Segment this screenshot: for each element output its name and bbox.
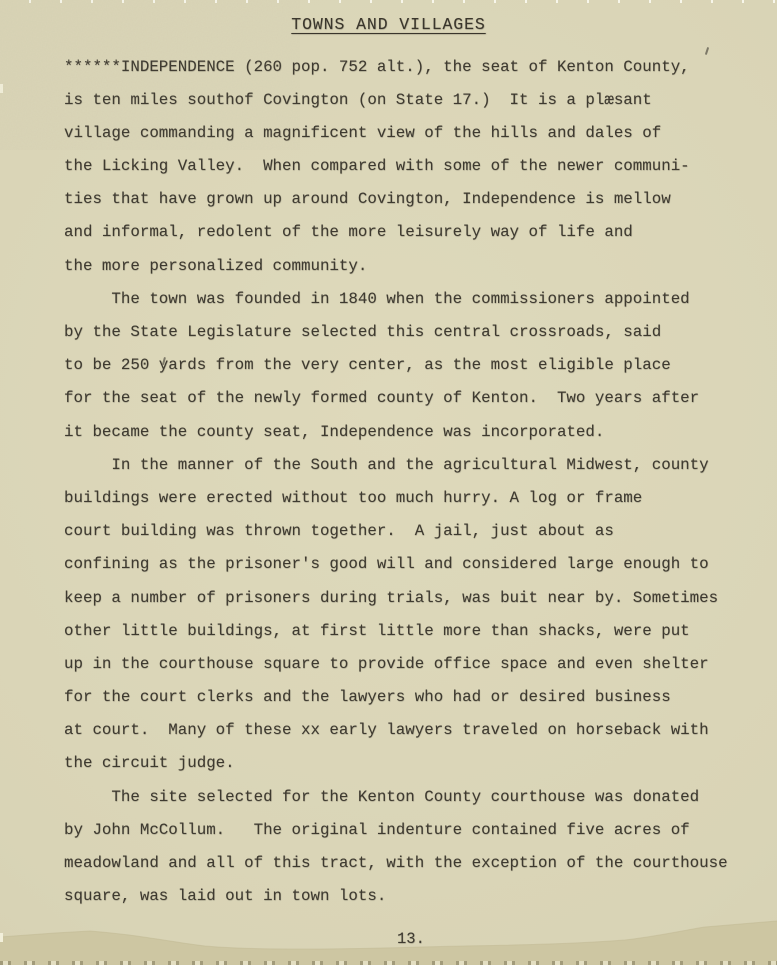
text-line: The town was founded in 1840 when the co… <box>64 283 728 316</box>
text-line: village commanding a magnificent view of… <box>64 117 728 150</box>
page-title-text: TOWNS AND VILLAGES <box>291 15 485 34</box>
document-body: ******INDEPENDENCE (260 pop. 752 alt.), … <box>64 51 728 914</box>
paragraph: ******INDEPENDENCE (260 pop. 752 alt.), … <box>64 51 728 283</box>
text-line: for the court clerks and the lawyers who… <box>64 681 728 714</box>
text-line: to be 250 yards from the very center, as… <box>64 349 728 382</box>
text-line: square, was laid out in town lots. <box>64 880 728 913</box>
paragraph: The site selected for the Kenton County … <box>64 781 728 914</box>
text-line: In the manner of the South and the agric… <box>64 449 728 482</box>
text-line: meadowland and all of this tract, with t… <box>64 847 728 880</box>
text-line: other little buildings, at first little … <box>64 615 728 648</box>
text-line: buildings were erected without too much … <box>64 482 728 515</box>
page-number: 13. <box>397 930 425 948</box>
page-title: TOWNS AND VILLAGES <box>0 15 777 34</box>
text-line: court building was thrown together. A ja… <box>64 515 728 548</box>
text-line: the Licking Valley. When compared with s… <box>64 150 728 183</box>
text-line: by John McCollum. The original indenture… <box>64 814 728 847</box>
paragraph: The town was founded in 1840 when the co… <box>64 283 728 449</box>
text-line: the circuit judge. <box>64 747 728 780</box>
document-page: TOWNS AND VILLAGES ******INDEPENDENCE (2… <box>0 0 777 965</box>
text-line: up in the courthouse square to provide o… <box>64 648 728 681</box>
scan-edge-artifact-top <box>0 0 777 3</box>
text-line: for the seat of the newly formed county … <box>64 382 728 415</box>
scan-edge-artifact-left <box>0 933 3 942</box>
text-line: The site selected for the Kenton County … <box>64 781 728 814</box>
paragraph: In the manner of the South and the agric… <box>64 449 728 781</box>
text-line: it became the county seat, Independence … <box>64 416 728 449</box>
text-line: is ten miles southof Covington (on State… <box>64 84 728 117</box>
paper-bottom-edge <box>0 919 777 965</box>
scan-edge-artifact-left <box>0 84 3 93</box>
scan-edge-artifact-bottom <box>0 961 777 965</box>
text-line: by the State Legislature selected this c… <box>64 316 728 349</box>
text-line: confining as the prisoner's good will an… <box>64 548 728 581</box>
text-line: and informal, redolent of the more leisu… <box>64 216 728 249</box>
text-line: at court. Many of these xx early lawyers… <box>64 714 728 747</box>
text-line: the more personalized community. <box>64 250 728 283</box>
text-line: ties that have grown up around Covington… <box>64 183 728 216</box>
text-line: keep a number of prisoners during trials… <box>64 582 728 615</box>
text-line: ******INDEPENDENCE (260 pop. 752 alt.), … <box>64 51 728 84</box>
